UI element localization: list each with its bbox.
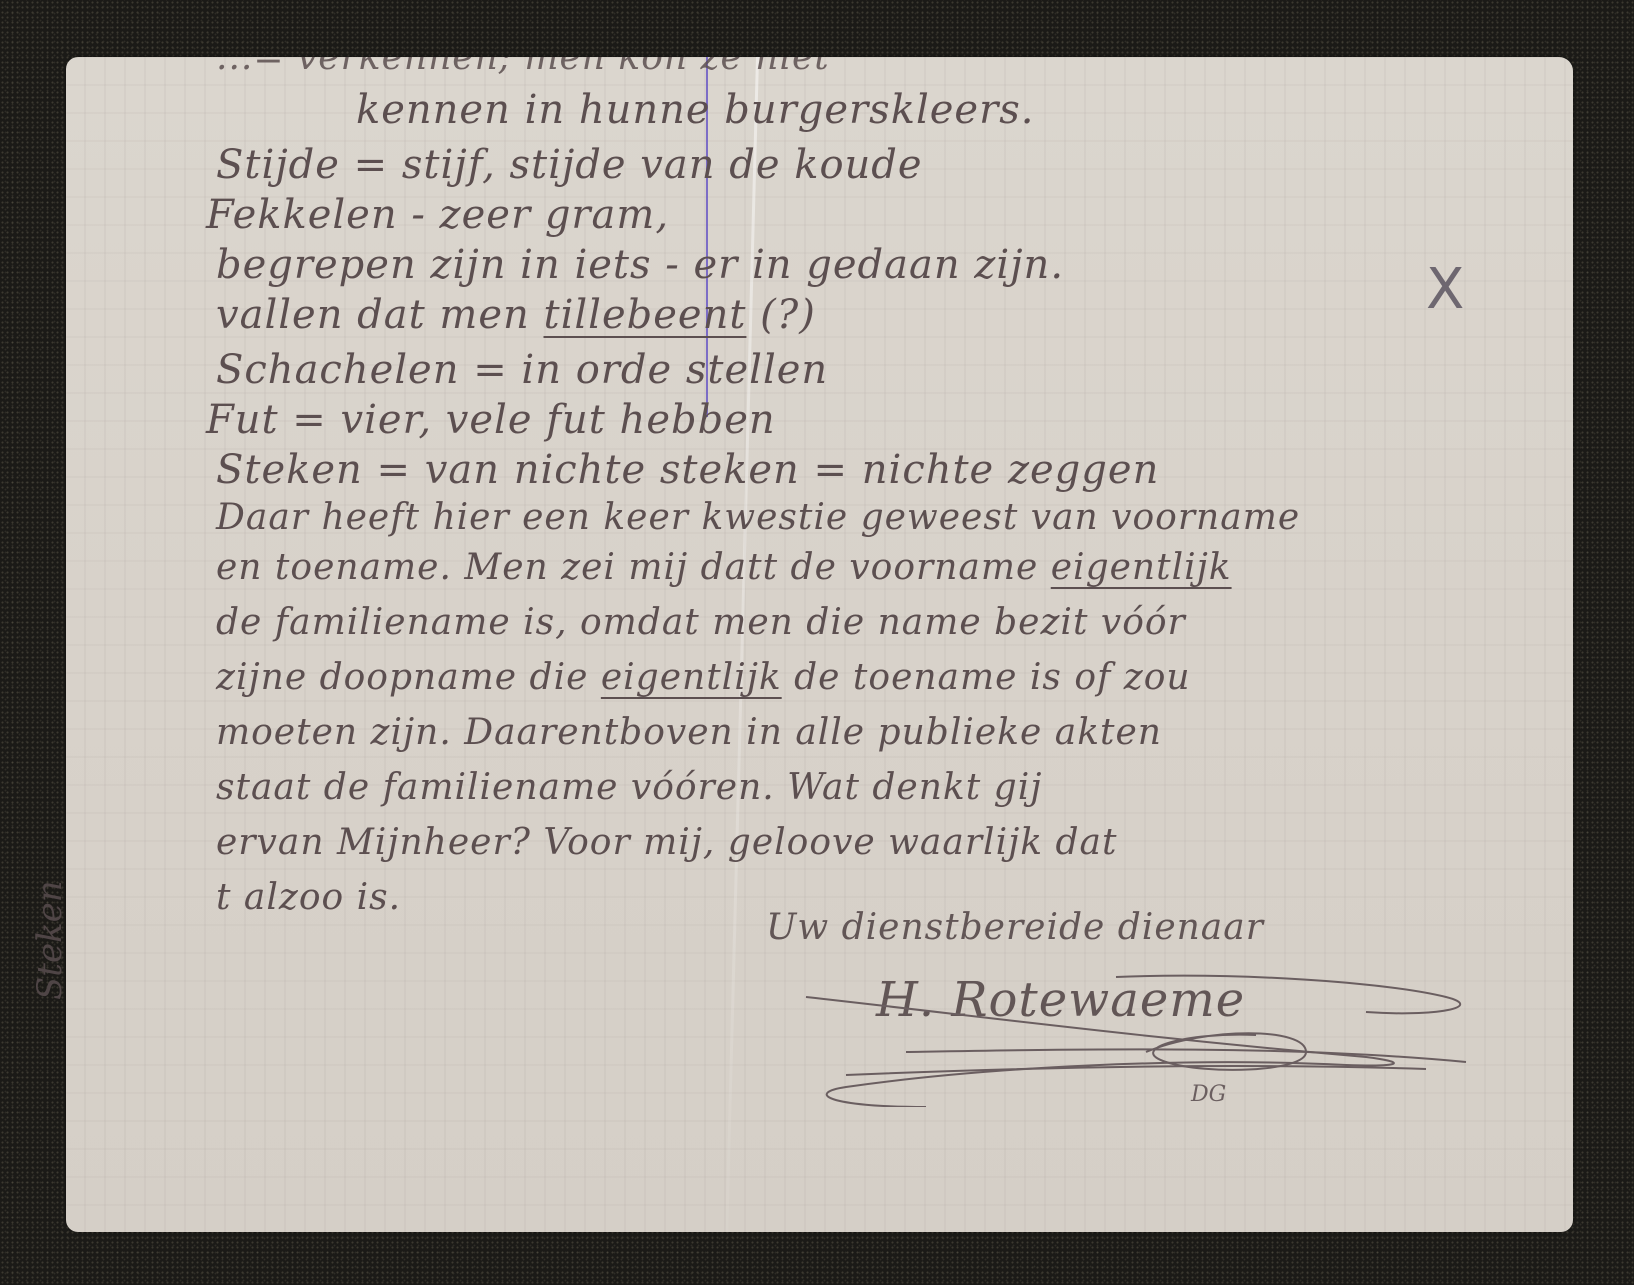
side-note-vertical: Steken: [30, 880, 70, 1000]
text-line-3: Fekkelen - zeer gram,: [206, 192, 669, 238]
initials-mark: DG: [1191, 1082, 1226, 1107]
text-line-5: vallen dat men tillebeent (?): [216, 292, 816, 338]
text-line-10: en toename. Men zei mij datt de voorname…: [216, 547, 1232, 588]
text-line-7: Fut = vier, vele fut hebben: [206, 397, 776, 443]
text-line-13: moeten zijn. Daarentboven in alle publie…: [216, 712, 1162, 753]
text-line-5-before: vallen dat men: [216, 292, 544, 338]
text-line-2: Stijde = stijf, stijde van de koude: [216, 142, 923, 188]
text-line-14: staat de familiename vóóren. Wat denkt g…: [216, 767, 1042, 808]
margin-x-mark: X: [1426, 257, 1464, 322]
closing-salutation: Uw dienstbereide dienaar: [766, 907, 1264, 948]
text-line-12-before: zijne doopname die: [216, 657, 601, 698]
text-line-9: Daar heeft hier een keer kwestie geweest…: [216, 497, 1300, 538]
underlined-word: eigentlijk: [1051, 547, 1232, 588]
text-line-0: ...= verkennen; men kon ze niet: [216, 57, 830, 78]
paper-fold: [725, 57, 759, 1232]
text-line-15: ervan Mijnheer? Voor mij, geloove waarli…: [216, 822, 1117, 863]
text-line-1: kennen in hunne burgerskleers.: [356, 87, 1034, 133]
text-line-8: Steken = van nichte steken = nichte zegg…: [216, 447, 1159, 493]
text-line-6: Schachelen = in orde stellen: [216, 347, 828, 393]
text-line-4: begrepen zijn in iets - er in gedaan zij…: [216, 242, 1064, 288]
underlined-word: tillebeent: [544, 292, 747, 338]
text-line-12: zijne doopname die eigentlijk de toename…: [216, 657, 1191, 698]
underlined-word: eigentlijk: [601, 657, 782, 698]
letter-page: ...= verkennen; men kon ze niet kennen i…: [66, 57, 1573, 1232]
text-line-11: de familiename is, omdat men die name be…: [216, 602, 1186, 643]
text-line-10-before: en toename. Men zei mij datt de voorname: [216, 547, 1051, 588]
text-line-12-after: de toename is of zou: [782, 657, 1191, 698]
signature-flourish-icon: [786, 957, 1486, 1107]
text-line-16: t alzoo is.: [216, 877, 401, 918]
text-line-5-after: (?): [746, 292, 815, 338]
